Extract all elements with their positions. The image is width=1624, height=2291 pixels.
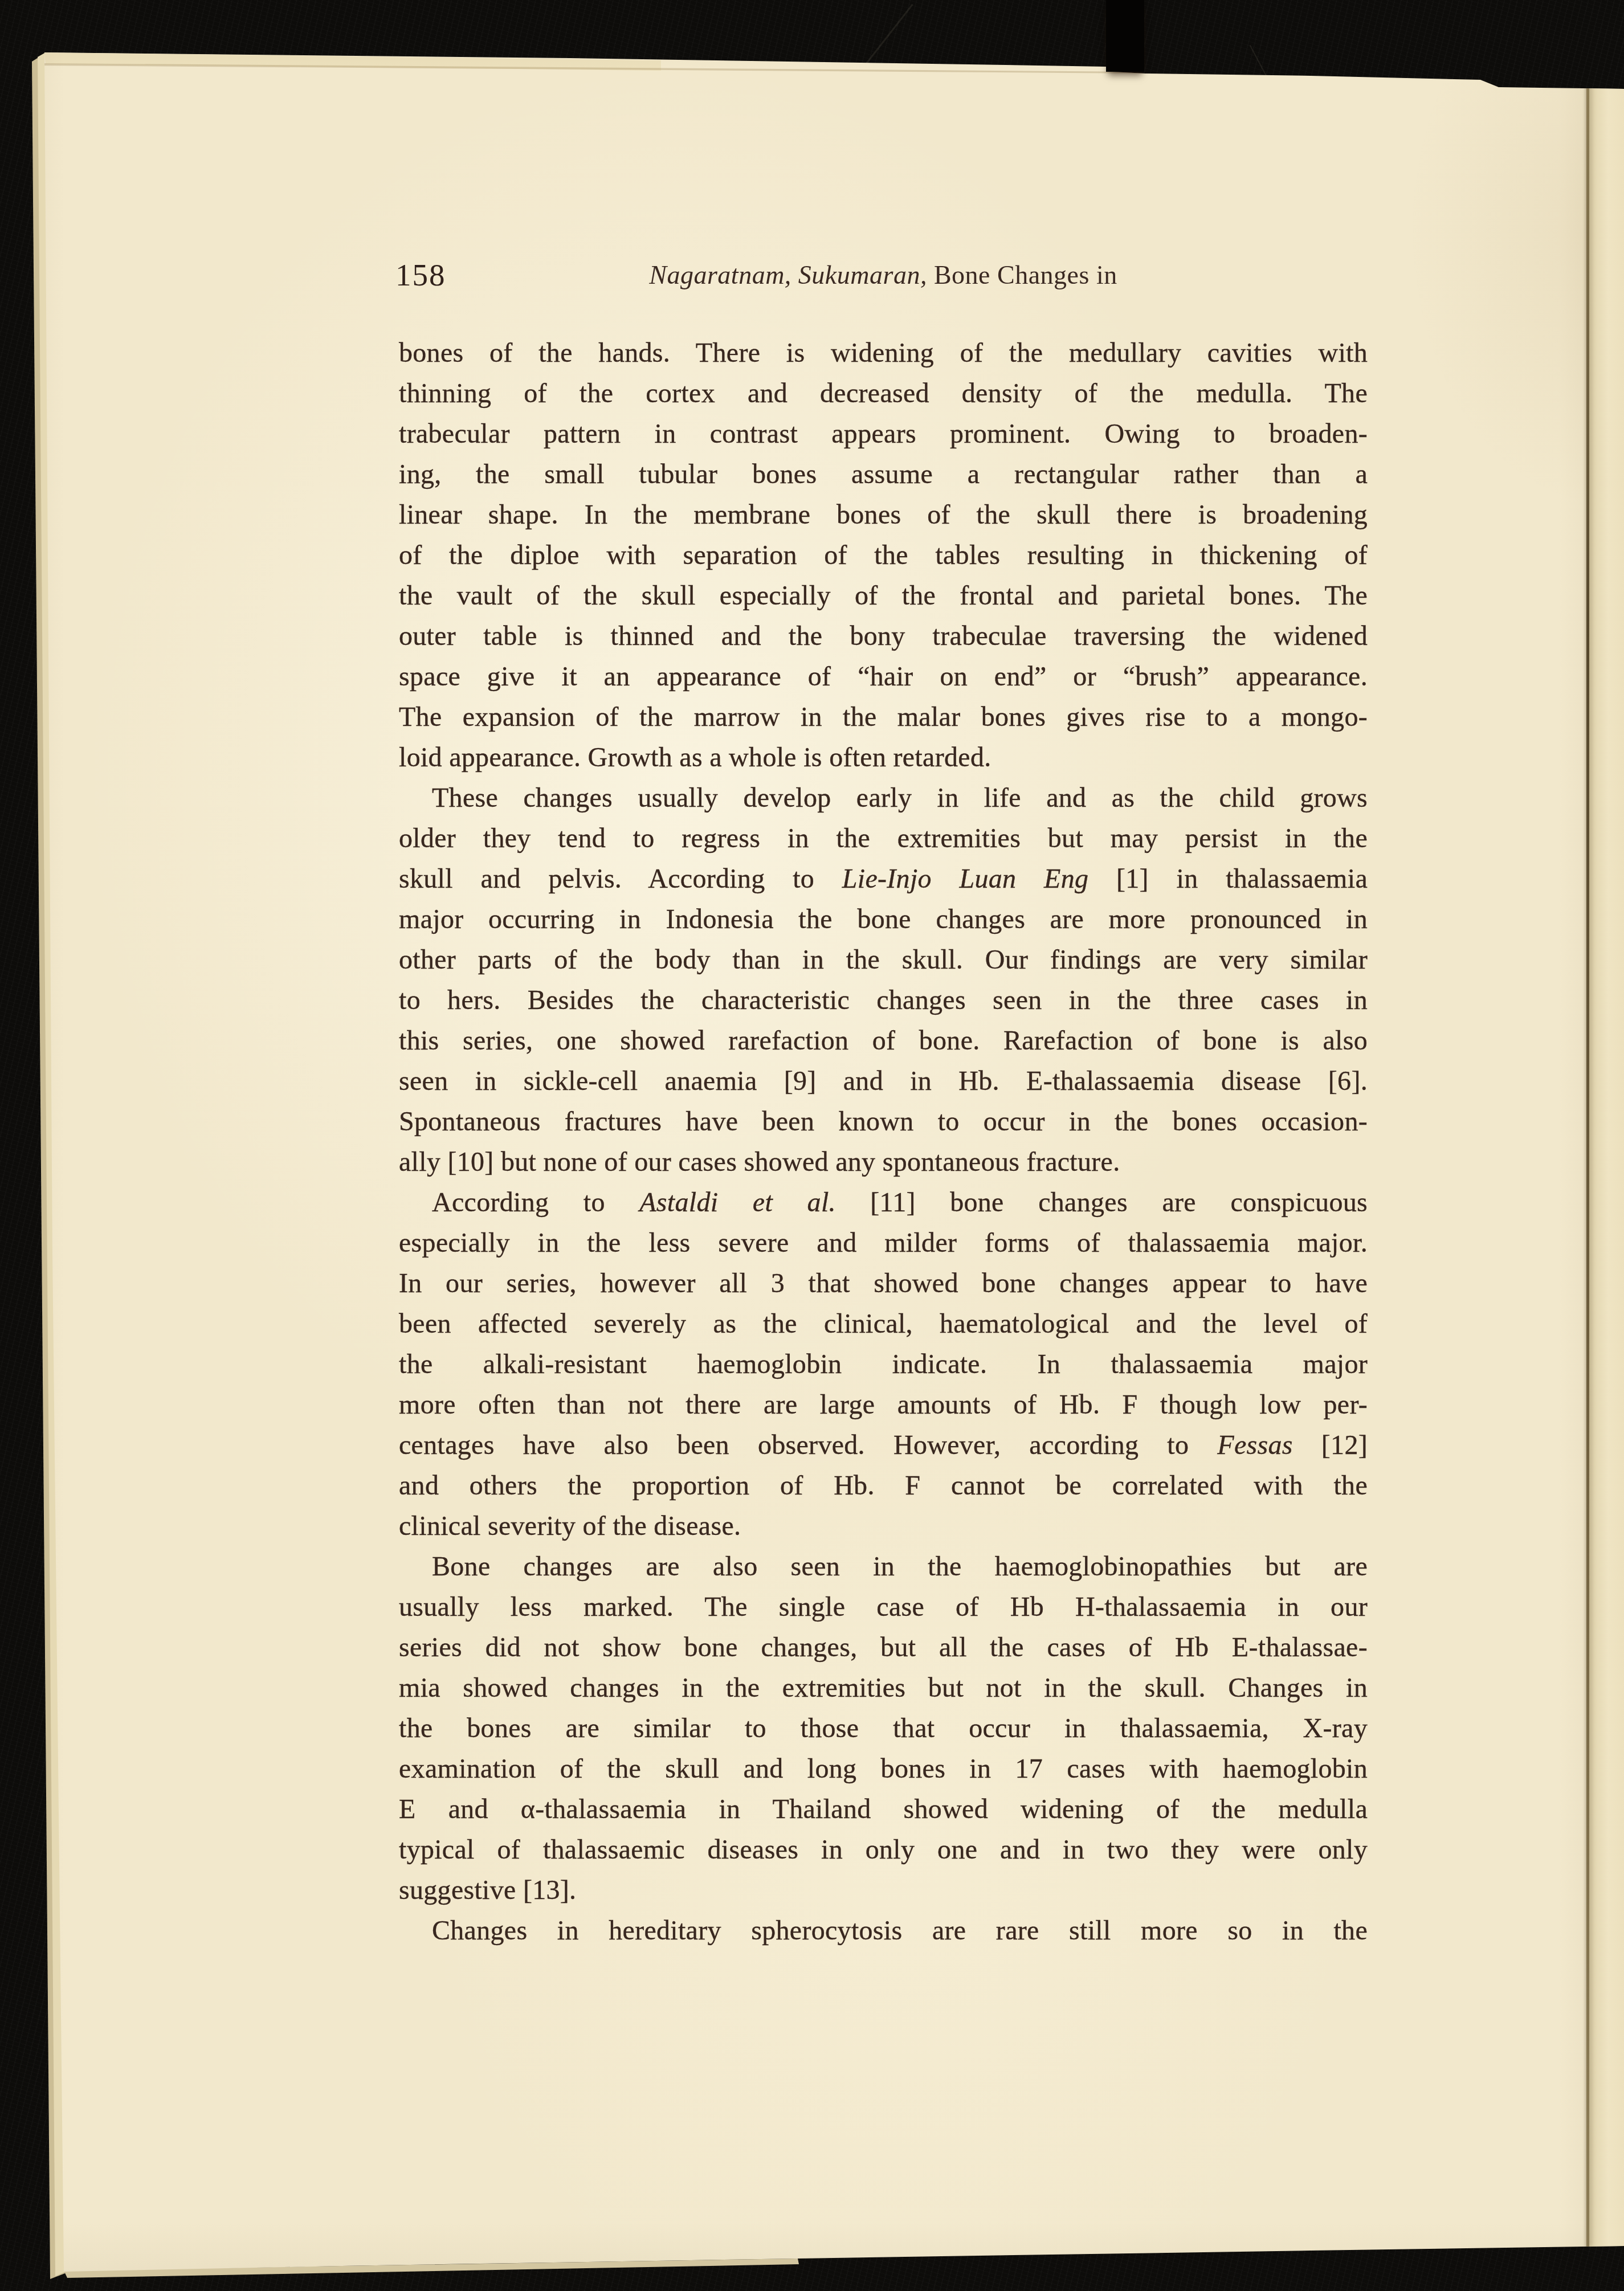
text-line: older they tend to regress in the extrem… [399, 818, 1368, 859]
text-line: clinical severity of the disease. [399, 1506, 1368, 1546]
text-line: this series, one showed rarefaction of b… [399, 1020, 1368, 1061]
text-line: In our series, however all 3 that showed… [399, 1263, 1368, 1304]
text-line: bones of the hands. There is widening of… [399, 333, 1368, 373]
text-line: the alkali-resistant haemoglobin indicat… [399, 1344, 1368, 1385]
text-line: typical of thalassaemic diseases in only… [399, 1829, 1368, 1870]
body-text: bones of the hands. There is widening of… [399, 333, 1368, 1951]
running-title-rest: Bone Changes in [927, 260, 1117, 289]
text-line: mia showed changes in the extremities bu… [399, 1668, 1368, 1708]
text-line: more often than not there are large amou… [399, 1385, 1368, 1425]
text-line: ally [10] but none of our cases showed a… [399, 1142, 1368, 1182]
text-line: Bone changes are also seen in the haemog… [399, 1546, 1368, 1587]
book-page: 158 Nagaratnam, Sukumaran, Bone Changes … [0, 0, 1624, 2291]
text-line: examination of the skull and long bones … [399, 1749, 1368, 1789]
text-line: especially in the less severe and milder… [399, 1223, 1368, 1263]
running-title-authors: Nagaratnam, Sukumaran, [649, 260, 927, 289]
adjacent-page-strip [1589, 85, 1624, 2247]
text-line: to hers. Besides the characteristic chan… [399, 980, 1368, 1020]
gutter-line [1586, 84, 1589, 2247]
text-line: the vault of the skull especially of the… [399, 575, 1368, 616]
text-line: outer table is thinned and the bony trab… [399, 616, 1368, 656]
text-line: The expansion of the marrow in the malar… [399, 697, 1368, 737]
text-line: loid appearance. Growth as a whole is of… [399, 737, 1368, 778]
text-line: major occurring in Indonesia the bone ch… [399, 899, 1368, 940]
text-line: and others the proportion of Hb. F canno… [399, 1465, 1368, 1506]
text-line: Spontaneous fractures have been known to… [399, 1101, 1368, 1142]
text-line: ing, the small tubular bones assume a re… [399, 454, 1368, 495]
text-line: According to Astaldi et al. [11] bone ch… [399, 1182, 1368, 1223]
text-line: thinning of the cortex and decreased den… [399, 373, 1368, 414]
spine-gap-bar [1106, 0, 1144, 72]
text-line: the bones are similar to those that occu… [399, 1708, 1368, 1749]
text-line: of the diploe with separation of the tab… [399, 535, 1368, 575]
text-line: usually less marked. The single case of … [399, 1587, 1368, 1627]
text-line: Changes in hereditary spherocytosis are … [399, 1910, 1368, 1951]
text-line: linear shape. In the membrane bones of t… [399, 495, 1368, 535]
text-line: series did not show bone changes, but al… [399, 1627, 1368, 1668]
text-line: centages have also been observed. Howeve… [399, 1425, 1368, 1465]
text-line: trabecular pattern in contrast appears p… [399, 414, 1368, 454]
text-line: E and α-thalassaemia in Thailand showed … [399, 1789, 1368, 1829]
text-line: other parts of the body than in the skul… [399, 940, 1368, 980]
text-line: seen in sickle-cell anaemia [9] and in H… [399, 1061, 1368, 1101]
text-line: skull and pelvis. According to Lie-Injo … [399, 859, 1368, 899]
text-line: space give it an appearance of “hair on … [399, 656, 1368, 697]
text-line: been affected severely as the clinical, … [399, 1304, 1368, 1344]
text-line: suggestive [13]. [399, 1870, 1368, 1910]
running-title: Nagaratnam, Sukumaran, Bone Changes in [399, 260, 1368, 290]
text-line: These changes usually develop early in l… [399, 778, 1368, 818]
running-header: 158 Nagaratnam, Sukumaran, Bone Changes … [399, 257, 1368, 297]
